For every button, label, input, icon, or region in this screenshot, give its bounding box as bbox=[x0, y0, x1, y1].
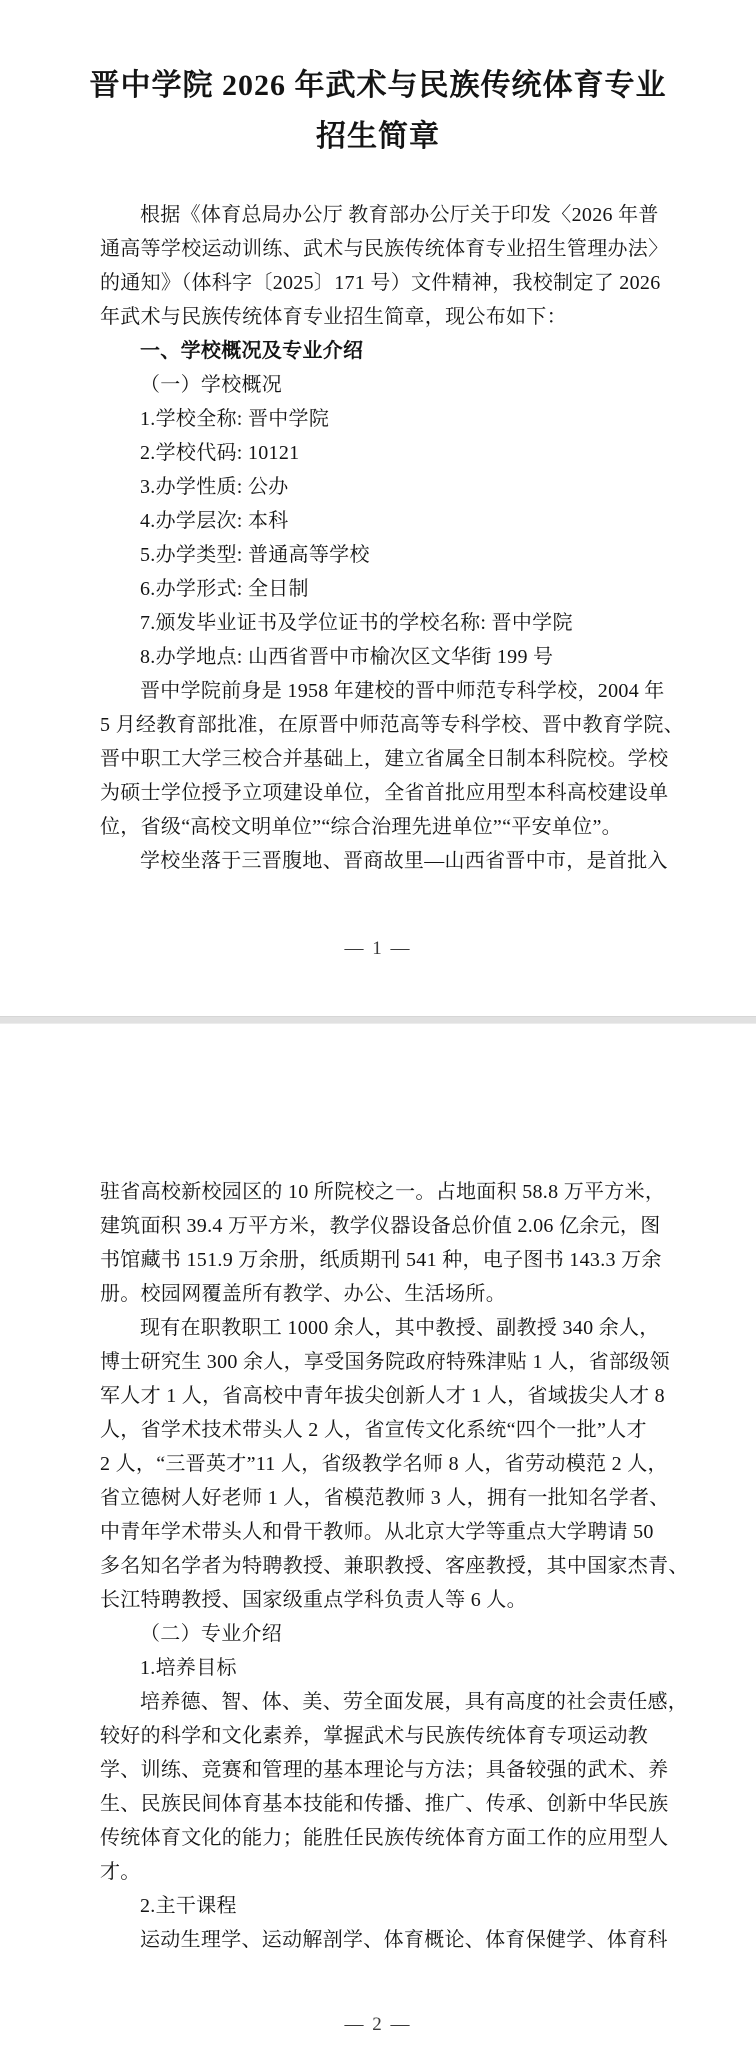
text-line: 较好的科学和文化素养，掌握武术与民族传统体育专项运动教 bbox=[100, 1719, 666, 1753]
text-line: 5.办学类型: 普通高等学校 bbox=[100, 538, 666, 572]
text-line: 2.主干课程 bbox=[100, 1889, 666, 1923]
text-line: 驻省高校新校园区的 10 所院校之一。占地面积 58.8 万平方米， bbox=[100, 1175, 666, 1209]
text-line: 学、训练、竞赛和管理的基本理论与方法；具备较强的武术、养 bbox=[100, 1753, 666, 1787]
text-line: 册。校园网覆盖所有教学、办公、生活场所。 bbox=[100, 1277, 666, 1311]
text-line: 培养德、智、体、美、劳全面发展，具有高度的社会责任感， bbox=[100, 1685, 666, 1719]
document-title-line2: 招生简章 bbox=[0, 111, 756, 162]
text-line: 一、学校概况及专业介绍 bbox=[100, 334, 666, 368]
text-line: 根据《体育总局办公厅 教育部办公厅关于印发〈2026 年普 bbox=[100, 198, 666, 232]
text-line: （二）专业介绍 bbox=[100, 1617, 666, 1651]
text-line: 博士研究生 300 余人，享受国务院政府特殊津贴 1 人，省部级领 bbox=[100, 1345, 666, 1379]
text-line: 1.培养目标 bbox=[100, 1651, 666, 1685]
text-line: 4.办学层次: 本科 bbox=[100, 504, 666, 538]
document-title: 晋中学院 2026 年武术与民族传统体育专业 招生简章 bbox=[0, 0, 756, 162]
text-line: 晋中职工大学三校合并基础上，建立省属全日制本科院校。学校 bbox=[100, 742, 666, 776]
text-line: 2.学校代码: 10121 bbox=[100, 436, 666, 470]
page-1: 晋中学院 2026 年武术与民族传统体育专业 招生简章 根据《体育总局办公厅 教… bbox=[0, 0, 756, 1016]
document-title-line1: 晋中学院 2026 年武术与民族传统体育专业 bbox=[0, 60, 756, 111]
text-line: 3.办学性质: 公办 bbox=[100, 470, 666, 504]
text-line: 1.学校全称: 晋中学院 bbox=[100, 402, 666, 436]
page-2-body: 驻省高校新校园区的 10 所院校之一。占地面积 58.8 万平方米，建筑面积 3… bbox=[0, 1024, 756, 1957]
document-viewer: 晋中学院 2026 年武术与民族传统体育专业 招生简章 根据《体育总局办公厅 教… bbox=[0, 0, 756, 2060]
text-line: 学校坐落于三晋腹地、晋商故里—山西省晋中市，是首批入 bbox=[100, 844, 666, 878]
text-line: 生、民族民间体育基本技能和传播、推广、传承、创新中华民族 bbox=[100, 1787, 666, 1821]
text-line: 位，省级“高校文明单位”“综合治理先进单位”“平安单位”。 bbox=[100, 810, 666, 844]
text-line: 书馆藏书 151.9 万余册，纸质期刊 541 种，电子图书 143.3 万余 bbox=[100, 1243, 666, 1277]
page-separator bbox=[0, 1016, 756, 1024]
text-line: 5 月经教育部批准，在原晋中师范高等专科学校、晋中教育学院、 bbox=[100, 708, 666, 742]
text-line: 的通知》（体科字〔2025〕171 号）文件精神，我校制定了 2026 bbox=[100, 266, 666, 300]
text-line: 军人才 1 人，省高校中青年拔尖创新人才 1 人，省域拔尖人才 8 bbox=[100, 1379, 666, 1413]
text-line: 通高等学校运动训练、武术与民族传统体育专业招生管理办法〉 bbox=[100, 232, 666, 266]
text-line: 2 人，“三晋英才”11 人，省级教学名师 8 人，省劳动模范 2 人， bbox=[100, 1447, 666, 1481]
text-line: 中青年学术带头人和骨干教师。从北京大学等重点大学聘请 50 bbox=[100, 1515, 666, 1549]
text-line: 年武术与民族传统体育专业招生简章，现公布如下： bbox=[100, 300, 666, 334]
text-line: 现有在职教职工 1000 余人，其中教授、副教授 340 余人， bbox=[100, 1311, 666, 1345]
text-line: 多名知名学者为特聘教授、兼职教授、客座教授，其中国家杰青、 bbox=[100, 1549, 666, 1583]
page-2: 驻省高校新校园区的 10 所院校之一。占地面积 58.8 万平方米，建筑面积 3… bbox=[0, 1024, 756, 2060]
text-line: 晋中学院前身是 1958 年建校的晋中师范专科学校，2004 年 bbox=[100, 674, 666, 708]
text-line: 8.办学地点: 山西省晋中市榆次区文华街 199 号 bbox=[100, 640, 666, 674]
text-line: （一）学校概况 bbox=[100, 368, 666, 402]
text-line: 省立德树人好老师 1 人，省模范教师 3 人，拥有一批知名学者、 bbox=[100, 1481, 666, 1515]
text-line: 传统体育文化的能力；能胜任民族传统体育方面工作的应用型人 bbox=[100, 1821, 666, 1855]
text-line: 才。 bbox=[100, 1855, 666, 1889]
page-1-body: 根据《体育总局办公厅 教育部办公厅关于印发〈2026 年普通高等学校运动训练、武… bbox=[0, 198, 756, 878]
page-2-number: — 2 — bbox=[0, 2014, 756, 2036]
text-line: 建筑面积 39.4 万平方米，教学仪器设备总价值 2.06 亿余元，图 bbox=[100, 1209, 666, 1243]
text-line: 7.颁发毕业证书及学位证书的学校名称: 晋中学院 bbox=[100, 606, 666, 640]
page-1-number: — 1 — bbox=[0, 938, 756, 960]
text-line: 运动生理学、运动解剖学、体育概论、体育保健学、体育科 bbox=[100, 1923, 666, 1957]
text-line: 6.办学形式: 全日制 bbox=[100, 572, 666, 606]
text-line: 长江特聘教授、国家级重点学科负责人等 6 人。 bbox=[100, 1583, 666, 1617]
text-line: 为硕士学位授予立项建设单位，全省首批应用型本科高校建设单 bbox=[100, 776, 666, 810]
text-line: 人，省学术技术带头人 2 人，省宣传文化系统“四个一批”人才 bbox=[100, 1413, 666, 1447]
